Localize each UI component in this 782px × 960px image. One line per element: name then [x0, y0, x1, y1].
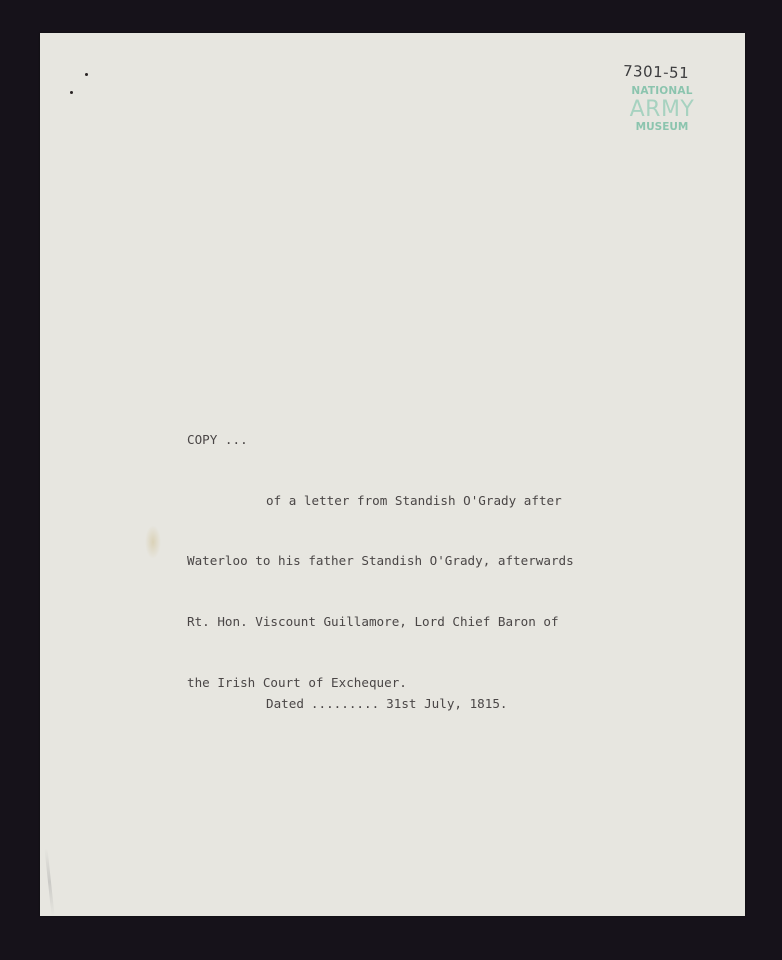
body-line: Rt. Hon. Viscount Guillamore, Lord Chief… — [187, 611, 574, 642]
dated-label: Dated — [266, 696, 304, 711]
dated-dots: ......... — [311, 696, 379, 711]
document-page: 7301-51 NATIONAL ARMY MUSEUM COPY ... of… — [40, 33, 745, 916]
stamp-line-army: ARMY — [622, 98, 702, 121]
heading-copy: COPY ... — [187, 429, 574, 460]
paper-stain — [145, 525, 161, 559]
stamp-line-museum: MUSEUM — [622, 121, 702, 134]
body-line: of a letter from Standish O'Grady after — [187, 490, 574, 521]
dated-date: 31st July, 1815. — [386, 696, 507, 711]
typed-text-block: COPY ... of a letter from Standish O'Gra… — [187, 399, 574, 732]
accession-number: 7301-51 — [623, 62, 690, 82]
punch-mark — [70, 91, 73, 94]
punch-mark — [85, 73, 88, 76]
paper-crease — [44, 848, 54, 916]
dated-line: Dated.........31st July, 1815. — [266, 696, 508, 711]
museum-stamp: NATIONAL ARMY MUSEUM — [622, 85, 702, 134]
body-line: Waterloo to his father Standish O'Grady,… — [187, 550, 574, 581]
